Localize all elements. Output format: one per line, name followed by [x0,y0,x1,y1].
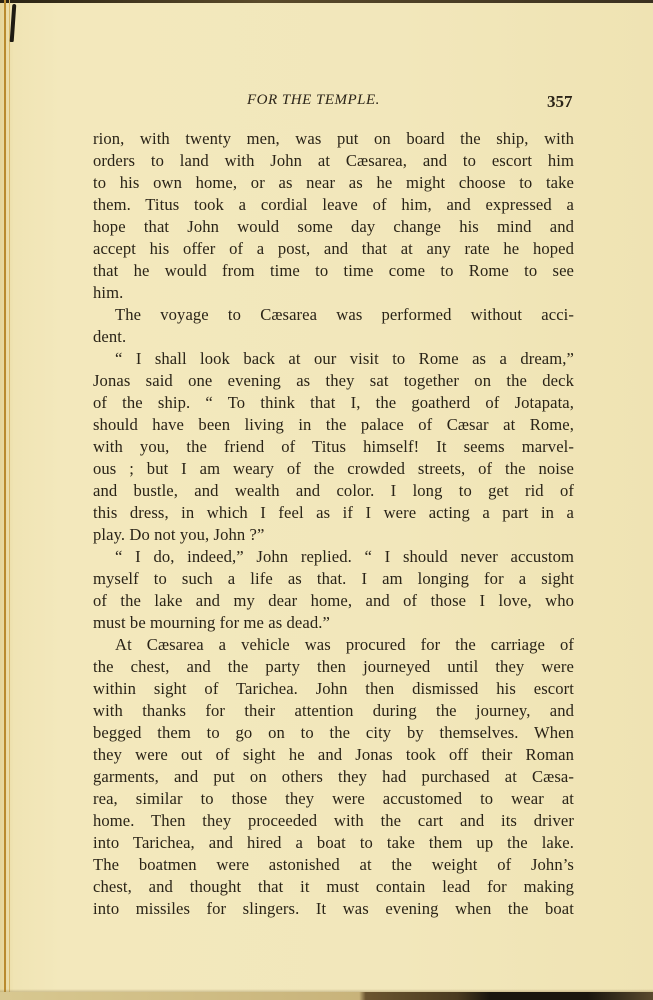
text-line: to his own home, or as near as he might … [93,172,574,194]
text-line: into Tarichea, and hired a boat to take … [93,832,574,854]
text-line: them. Titus took a cordial leave of him,… [93,194,574,216]
paragraph-start-line: At Cæsarea a vehicle was procured for th… [93,634,574,656]
text-line: this dress, in which I feel as if I were… [93,502,574,524]
page-number: 357 [547,92,573,112]
text-line: rea, similar to those they were accustom… [93,788,574,810]
running-title: FOR THE TEMPLE. [247,92,380,109]
paragraph-start-line: The voyage to Cæsarea was performed with… [93,304,574,326]
text-line: they were out of sight he and Jonas took… [93,744,574,766]
text-line: him. [93,282,574,304]
page-top-edge [0,0,653,3]
text-line: and bustle, and wealth and color. I long… [93,480,574,502]
text-line: The boatmen were astonished at the weigh… [93,854,574,876]
binding-edge-line-inner [9,0,10,1000]
text-line: myself to such a life as that. I am long… [93,568,574,590]
text-line: of the ship. “ To think that I, the goat… [93,392,574,414]
binding-ink-mark [10,4,17,42]
text-line: within sight of Tarichea. John then dism… [93,678,574,700]
text-line: the chest, and the party then journeyed … [93,656,574,678]
text-line: that he would from time to time come to … [93,260,574,282]
paragraph-start-line: “ I do, indeed,” John replied. “ I shoul… [93,546,574,568]
paragraph-start-line: “ I shall look back at our visit to Rome… [93,348,574,370]
page-bottom-edge [0,992,653,1000]
text-line: ous ; but I am weary of the crowded stre… [93,458,574,480]
body-text: rion, with twenty men, was put on board … [93,128,574,920]
text-line: with you, the friend of Titus himself! I… [93,436,574,458]
text-line: hope that John would some day change his… [93,216,574,238]
text-line: play. Do not you, John ?” [93,524,574,546]
text-line: chest, and thought that it must contain … [93,876,574,898]
text-line: home. Then they proceeded with the cart … [93,810,574,832]
text-line: orders to land with John at Cæsarea, and… [93,150,574,172]
book-page: FOR THE TEMPLE. 357 rion, with twenty me… [0,0,653,1000]
text-line: garments, and put on others they had pur… [93,766,574,788]
text-line: rion, with twenty men, was put on board … [93,128,574,150]
text-line: must be mourning for me as dead.” [93,612,574,634]
text-line: dent. [93,326,574,348]
text-line: begged them to go on to the city by them… [93,722,574,744]
text-line: should have been living in the palace of… [93,414,574,436]
text-line: accept his offer of a post, and that at … [93,238,574,260]
running-head: FOR THE TEMPLE. 357 [0,92,653,116]
text-line: with thanks for their attention during t… [93,700,574,722]
text-line: Jonas said one evening as they sat toget… [93,370,574,392]
binding-edge-line [4,0,6,1000]
text-line: into missiles for slingers. It was eveni… [93,898,574,920]
text-line: of the lake and my dear home, and of tho… [93,590,574,612]
